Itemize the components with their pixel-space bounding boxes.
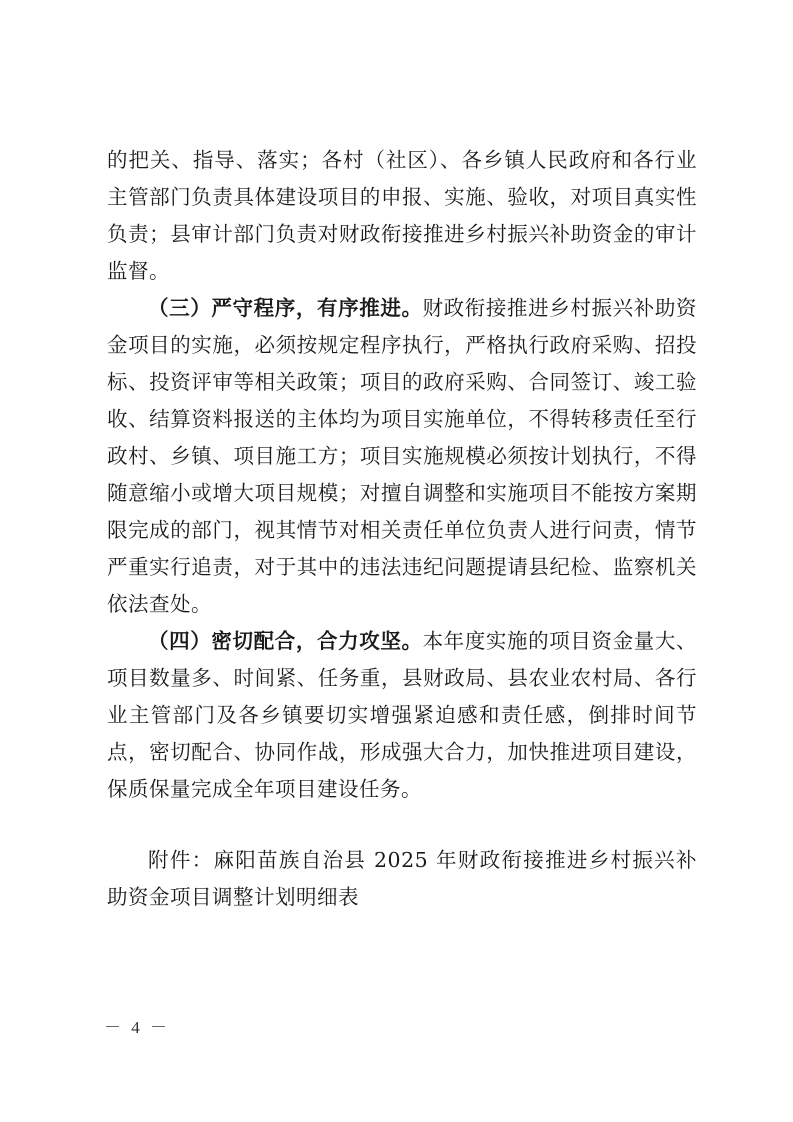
section-heading: （四）密切配合，合力攻坚。 <box>148 629 423 653</box>
paragraph-continuation: 的把关、指导、落实；各村（社区）、各乡镇人民政府和各行业主管部门负责具体建设项目… <box>107 142 697 290</box>
attachment-text: 附件：麻阳苗族自治县 2025 年财政衔接推进乡村振兴补助资金项目调整计划明细表 <box>107 848 697 909</box>
paragraph-text: 的把关、指导、落实；各村（社区）、各乡镇人民政府和各行业主管部门负责具体建设项目… <box>107 148 697 283</box>
paragraph-section-3: （三）严守程序，有序推进。财政衔接推进乡村振兴补助资金项目的实施，必须按规定程序… <box>107 290 697 623</box>
attachment-note: 附件：麻阳苗族自治县 2025 年财政衔接推进乡村振兴补助资金项目调整计划明细表 <box>107 842 697 916</box>
paragraph-text: 本年度实施的项目资金量大、项目数量多、时间紧、任务重，县财政局、县农业农村局、各… <box>107 629 697 801</box>
paragraph-text: 财政衔接推进乡村振兴补助资金项目的实施，必须按规定程序执行，严格执行政府采购、招… <box>107 296 697 616</box>
page-number: － 4 － <box>104 1013 170 1038</box>
section-heading: （三）严守程序，有序推进。 <box>148 296 423 320</box>
document-page: 的把关、指导、落实；各村（社区）、各乡镇人民政府和各行业主管部门负责具体建设项目… <box>107 142 697 916</box>
paragraph-section-4: （四）密切配合，合力攻坚。本年度实施的项目资金量大、项目数量多、时间紧、任务重，… <box>107 623 697 808</box>
